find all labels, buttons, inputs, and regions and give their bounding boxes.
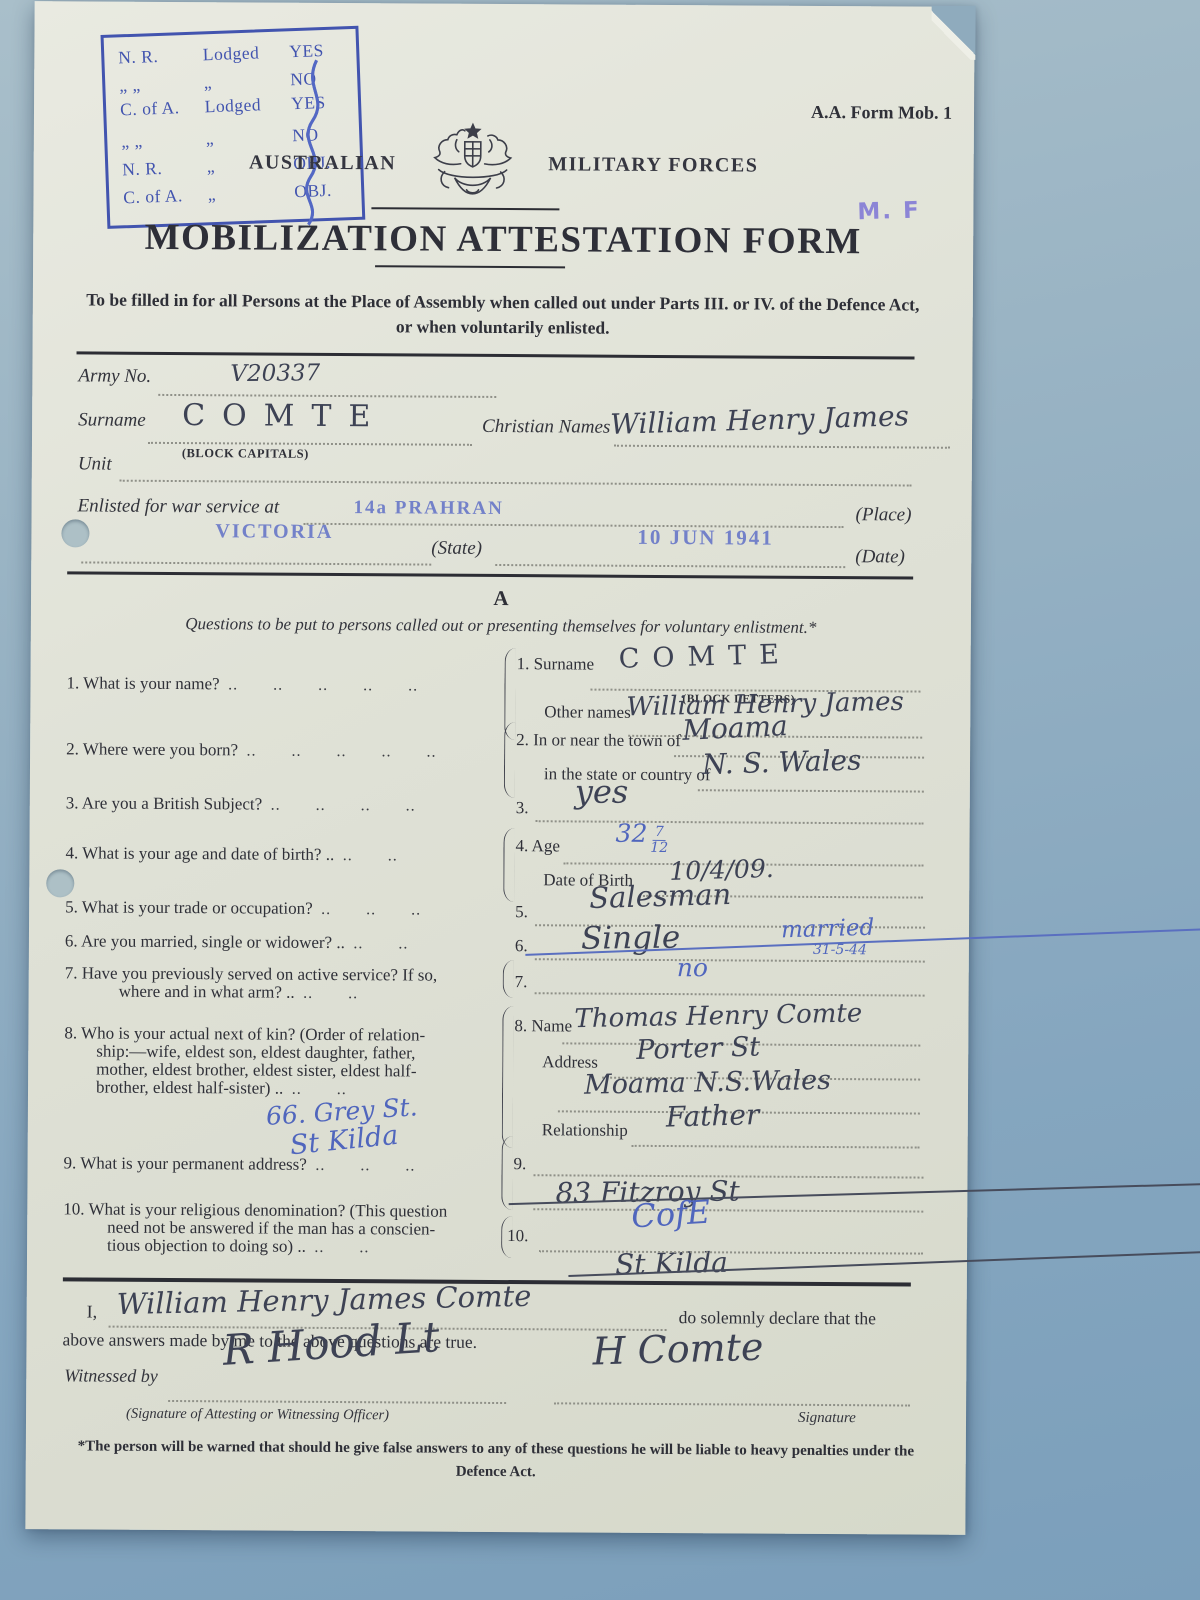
witness-signature-note: (Signature of Attesting or Witnessing Of… xyxy=(126,1406,389,1425)
dotted-line xyxy=(168,1400,506,1404)
dotted-line xyxy=(698,789,924,792)
pencil-annotation: M. F xyxy=(857,197,921,225)
stamp-cell: „ „ xyxy=(119,72,204,96)
dot-leaders: .. .. xyxy=(343,847,398,864)
question-text: 5. What is your trade or occupation? xyxy=(65,897,313,918)
subject-signature: H Comte xyxy=(592,1325,764,1374)
dotted-line xyxy=(81,561,431,565)
unit-label: Unit xyxy=(78,453,112,475)
question-text: tious objection to doing so) .. xyxy=(107,1236,306,1256)
question-text: 9. What is your permanent address? xyxy=(64,1153,307,1173)
footnote-text: *The person will be warned that should h… xyxy=(58,1435,934,1485)
question-text: 4. What is your age and date of birth? .… xyxy=(65,843,334,864)
question-7-line2: where and in what arm? .. .. .. xyxy=(119,982,359,1003)
punch-hole xyxy=(46,869,74,897)
question-text: brother, eldest half-sister) .. xyxy=(96,1078,283,1098)
surname-note: (BLOCK CAPITALS) xyxy=(182,446,309,462)
christian-names-label: Christian Names xyxy=(482,416,610,439)
question-4: 4. What is your age and date of birth? .… xyxy=(65,843,397,865)
answer-5-number: 5. xyxy=(515,902,528,922)
dotted-line xyxy=(536,820,924,824)
christian-names-value: William Henry James xyxy=(610,399,910,441)
dotted-line xyxy=(614,445,950,449)
answer-10-number: 10. xyxy=(507,1226,528,1246)
enlisted-label: Enlisted for war service at xyxy=(78,495,280,518)
question-text: 1. What is your name? xyxy=(66,673,219,693)
answer-6-note-date: 31-5-44 xyxy=(813,942,867,958)
army-no-label: Army No. xyxy=(78,365,151,387)
answer-brace xyxy=(503,960,514,998)
answer-5-value: Salesman xyxy=(589,877,732,915)
question-9: 9. What is your permanent address? .. ..… xyxy=(64,1153,416,1175)
place-stamp: 14a PRAHRAN xyxy=(354,497,504,520)
answer-1-surname-label: 1. Surname xyxy=(517,654,595,674)
answer-2-state-value: N. S. Wales xyxy=(702,743,862,781)
org-header: AUSTRALIAN MILITARY FORCES xyxy=(33,125,973,203)
dot-leaders: .. .. xyxy=(314,1239,369,1256)
dot-leaders: .. .. .. xyxy=(321,901,421,919)
age-fraction: 712 xyxy=(650,825,668,855)
answer-8-name-value: Thomas Henry Comte xyxy=(574,998,862,1034)
question-8-line4: brother, eldest half-sister) .. .. .. xyxy=(96,1078,347,1100)
answer-4-age-label: 4. Age xyxy=(515,836,560,856)
answer-8-address-value2: Moama N.S.Wales xyxy=(584,1065,831,1101)
org-name-left: AUSTRALIAN xyxy=(249,151,396,175)
dot-leaders: .. .. .. .. .. xyxy=(228,676,418,694)
place-label: (Place) xyxy=(855,504,911,526)
answer-7-number: 7. xyxy=(515,972,528,992)
answer-brace xyxy=(504,722,515,798)
answer-8-name-label: 8. Name xyxy=(514,1016,572,1036)
signature-label: Signature xyxy=(798,1410,856,1427)
answer-2-town-value: Moama xyxy=(682,709,789,747)
dotted-line xyxy=(535,992,925,996)
answer-6-struck-value: Single xyxy=(581,910,1200,957)
question-3: 3. Are you a British Subject? .. .. .. .… xyxy=(66,793,416,815)
question-2: 2. Where were you born? .. .. .. .. .. xyxy=(66,739,437,761)
title-underline xyxy=(375,265,565,268)
dotted-line xyxy=(120,480,912,487)
answer-brace xyxy=(502,1006,514,1148)
question-10-line3: tious objection to doing so) .. .. .. xyxy=(107,1236,369,1258)
age-whole: 32 xyxy=(616,819,648,848)
page-title: MOBILIZATION ATTESTATION FORM xyxy=(33,215,973,264)
question-text: where and in what arm? .. xyxy=(119,982,295,1002)
org-name-right: MILITARY FORCES xyxy=(548,153,758,177)
form-code: A.A. Form Mob. 1 xyxy=(811,102,952,124)
instruction-text: To be filled in for all Persons at the P… xyxy=(79,287,927,343)
dotted-line xyxy=(535,958,925,962)
question-text: 6. Are you married, single or widower? .… xyxy=(65,931,345,952)
answer-8-address-value1: Porter St xyxy=(636,1031,761,1066)
witness-signature: R Hood Lt xyxy=(221,1312,441,1375)
stamp-cell: C. of A. xyxy=(120,96,205,120)
answer-2-town-label: 2. In or near the town of xyxy=(516,730,681,751)
coat-of-arms-icon xyxy=(420,120,524,201)
dot-leaders: .. .. xyxy=(292,1081,347,1098)
divider-rule xyxy=(67,571,913,579)
folded-corner xyxy=(931,6,975,60)
dot-leaders: .. .. .. .. xyxy=(271,797,416,815)
stamp-cell: Lodged xyxy=(204,93,291,117)
dotted-line xyxy=(533,1208,923,1212)
state-label: (State) xyxy=(431,538,482,560)
stamp-cell: Lodged xyxy=(202,41,289,65)
age-frac-denominator: 12 xyxy=(650,841,668,855)
answer-3-number: 3. xyxy=(516,798,529,818)
answer-3-value: yes xyxy=(575,772,629,810)
question-5: 5. What is your trade or occupation? .. … xyxy=(65,897,421,919)
punch-hole xyxy=(61,519,89,547)
answer-1-surname-value: COMTE xyxy=(618,639,792,675)
answer-9-struck-line2: St Kilda xyxy=(615,1229,1200,1281)
answer-4-age-value: 32712 xyxy=(615,819,668,855)
question-6: 6. Are you married, single or widower? .… xyxy=(65,931,409,953)
stamp-cell: N. R. xyxy=(118,44,203,68)
dot-leaders: .. .. xyxy=(303,985,358,1002)
dotted-line xyxy=(495,564,845,568)
dotted-line xyxy=(554,1402,910,1406)
surname-label: Surname xyxy=(78,409,146,431)
question-text: 3. Are you a British Subject? xyxy=(66,793,263,813)
answer-1-other-label: Other names xyxy=(544,702,631,723)
answer-brace xyxy=(503,828,514,902)
answer-9-number: 9. xyxy=(514,1154,527,1174)
age-frac-numerator: 7 xyxy=(653,825,666,841)
state-stamp: VICTORIA xyxy=(215,520,333,544)
question-text: 2. Where were you born? xyxy=(66,739,238,759)
dot-leaders: .. .. .. .. .. xyxy=(247,742,437,760)
answer-6-note: married xyxy=(781,915,875,944)
date-stamp: 10 JUN 1941 xyxy=(637,525,773,551)
divider-rule xyxy=(77,351,915,359)
answer-brace xyxy=(501,1136,512,1210)
answer-8-relationship-label: Relationship xyxy=(542,1120,628,1141)
scanned-document-scene: N. R.LodgedYES „ „„NO C. of A.LodgedYES … xyxy=(0,0,1200,1600)
section-a-heading: A xyxy=(31,583,971,614)
declaration-name: William Henry James Comte xyxy=(116,1279,531,1321)
witnessed-by-label: Witnessed by xyxy=(64,1365,158,1387)
declaration-i-label: I, xyxy=(87,1301,98,1322)
stamp-cell: „ xyxy=(203,69,290,93)
dot-leaders: .. .. .. xyxy=(315,1157,415,1175)
title-overline xyxy=(371,207,559,210)
section-a-subheading: Questions to be put to persons called ou… xyxy=(31,613,971,639)
attestation-form-page: N. R.LodgedYES „ „„NO C. of A.LodgedYES … xyxy=(25,1,974,1535)
army-no-value: V20337 xyxy=(230,360,320,387)
answer-10-value: CofE xyxy=(630,1193,711,1236)
answer-7-value: no xyxy=(677,953,708,982)
dotted-line xyxy=(632,1145,920,1149)
dot-leaders: .. .. xyxy=(353,935,408,952)
date-label: (Date) xyxy=(855,546,905,568)
answer-8-relationship-value: Father xyxy=(665,1098,759,1134)
surname-value: COMTE xyxy=(182,398,387,434)
question-1: 1. What is your name? .. .. .. .. .. xyxy=(66,673,418,695)
